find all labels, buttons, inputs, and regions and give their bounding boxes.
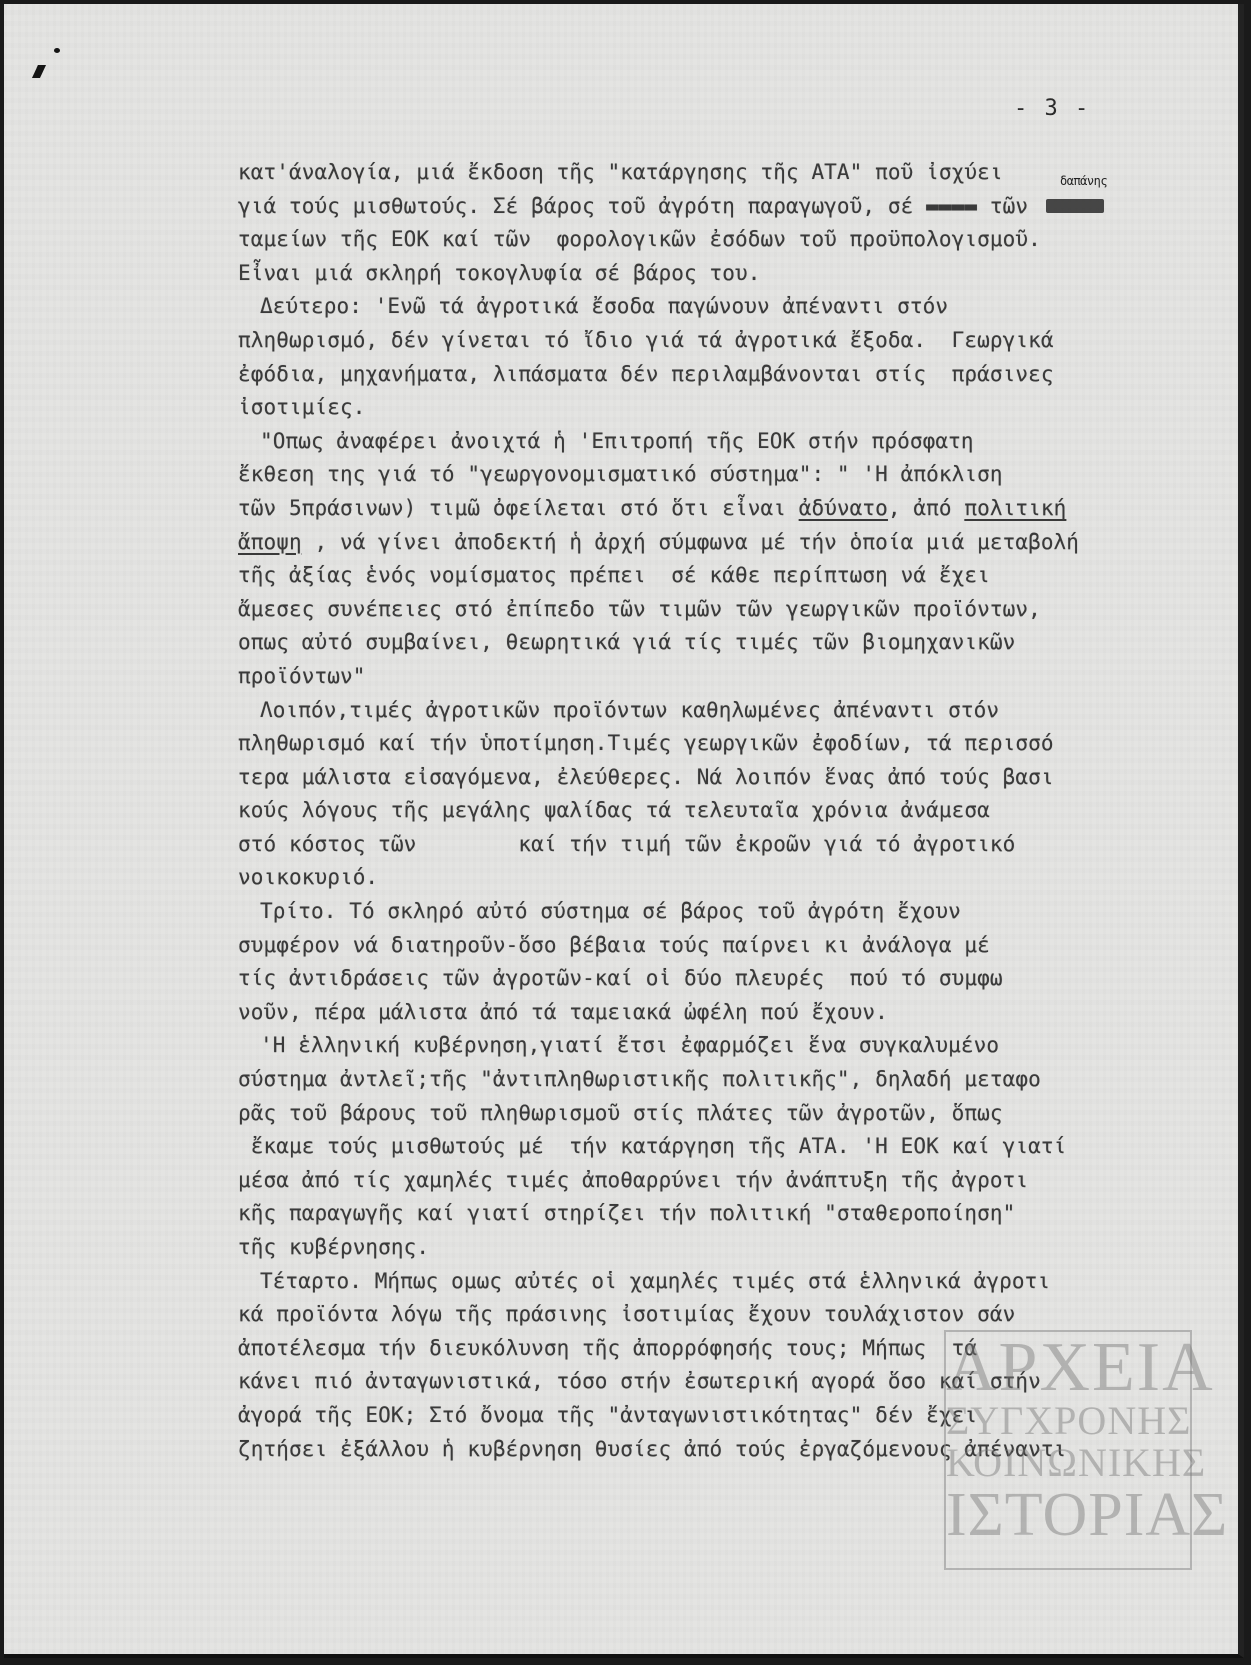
text-line: Λοιπόν,τιμές ἀγροτικῶν προϊόντων καθηλωμ… — [238, 694, 1248, 728]
text-line: στό κόστος τῶν καί τήν τιμή τῶν ἐκροῶν γ… — [238, 828, 1248, 862]
text-line: σύστημα ἀντλεῖ;τῆς "ἀντιπληθωριστικῆς πο… — [238, 1063, 1248, 1097]
text-line: ζητήσει ἐξάλλου ἡ κυβέρνηση θυσίες ἀπό τ… — [238, 1433, 1248, 1467]
text-line: τῆς ἀξίας ἑνός νομίσματος πρέπει σέ κάθε… — [238, 559, 1248, 593]
typewritten-body: κατ'άναλογία, μιά ἔκδοση τῆς "κατάργησης… — [238, 156, 1248, 1466]
text-line: κούς λόγους τῆς μεγάλης ψαλίδας τά τελευ… — [238, 794, 1248, 828]
ink-mark-dot — [54, 48, 60, 53]
text-line: τῆς κυβέρνησης. — [238, 1231, 1248, 1265]
text-line: τῶν 5πράσινων) τιμῶ ὀφείλεται στό ὅτι εἶ… — [238, 492, 1248, 526]
text-line: 'Η ἑλληνική κυβέρνηση,γιατί ἔτσι ἐφαρμόζ… — [238, 1029, 1248, 1063]
scanned-page: - 3 - δαπάνης κατ'άναλογία, μιά ἔκδοση τ… — [4, 4, 1244, 1658]
text-line: κῆς παραγωγῆς καί γιατί στηρίζει τήν πολ… — [238, 1197, 1248, 1231]
text-line: πληθωρισμό καί τήν ὑποτίμηση.Τιμές γεωργ… — [238, 727, 1248, 761]
text-line: Τρίτο. Τό σκληρό αὐτό σύστημα σέ βάρος τ… — [238, 895, 1248, 929]
underlined-word: πολιτική — [964, 496, 1066, 520]
text-line: ρᾶς τοῦ βάρους τοῦ πληθωρισμοῦ στίς πλάτ… — [238, 1097, 1248, 1131]
text-line: Εἶναι μιά σκληρή τοκογλυφία σέ βάρος του… — [238, 257, 1248, 291]
text-line: τίς ἀντιδράσεις τῶν ἀγροτῶν-καί οἱ δύο π… — [238, 962, 1248, 996]
text-line: ταμείων τῆς ΕΟΚ καί τῶν φορολογικῶν ἐσόδ… — [238, 223, 1248, 257]
text-line: ἐφόδια, μηχανήματα, λιπάσματα δέν περιλα… — [238, 358, 1248, 392]
text-line: ἔκθεση της γιά τό "γεωργονομισματικό σύσ… — [238, 458, 1248, 492]
text-line: νοικοκυριό. — [238, 861, 1248, 895]
text-line: νοῦν, πέρα μάλιστα ἀπό τά ταμειακά ὠφέλη… — [238, 996, 1248, 1030]
ink-mark-tick — [32, 65, 46, 78]
text-line: ἀγορά τῆς ΕΟΚ; Στό ὄνομα τῆς "ἀνταγωνιστ… — [238, 1399, 1248, 1433]
text-line: τερα μάλιστα εἰσαγόμενα, ἐλεύθερες. Νά λ… — [238, 761, 1248, 795]
text-line: ἰσοτιμίες. — [238, 391, 1248, 425]
text-line: πληθωρισμό, δέν γίνεται τό ἴδιο γιά τά ἀ… — [238, 324, 1248, 358]
text-line: κά προϊόντα λόγω τῆς πράσινης ἰσοτιμίας … — [238, 1298, 1248, 1332]
text-line: κάνει πιό ἀνταγωνιστικά, τόσο στήν ἐσωτε… — [238, 1365, 1248, 1399]
text-line: ἄμεσες συνέπειες στό ἐπίπεδο τῶν τιμῶν τ… — [238, 593, 1248, 627]
text-line: Δεύτερο: 'Ενῶ τά ἀγροτικά ἔσοδα παγώνουν… — [238, 290, 1248, 324]
underlined-word: ἄποψη — [238, 530, 302, 554]
underlined-word: ἀδύνατο — [799, 496, 888, 520]
watermark-line: ΙΣΤΟΡΙΑΣ — [946, 1484, 1190, 1546]
text-line: ἔκαμε τούς μισθωτούς μέ τήν κατάργηση τῆ… — [238, 1130, 1248, 1164]
text-line: ἄποψη , νά γίνει ἀποδεκτή ἡ ἀρχή σύμφωνα… — [238, 526, 1248, 560]
text-line: προϊόντων" — [238, 660, 1248, 694]
text-line: "Οπως ἀναφέρει ἀνοιχτά ἡ 'Επιτροπή τῆς Ε… — [238, 425, 1248, 459]
text-line: ἀποτέλεσμα τήν διευκόλυνση τῆς ἀπορρόφησ… — [238, 1332, 1248, 1366]
text-line: γιά τούς μισθωτούς. Σέ βάρος τοῦ ἀγρότη … — [238, 190, 1248, 224]
text-line: Τέταρτο. Μήπως ομως αὐτές οἱ χαμηλές τιμ… — [238, 1265, 1248, 1299]
text-line: συμφέρον νά διατηροῦν-ὅσο βέβαια τούς πα… — [238, 929, 1248, 963]
text-line: οπως αὐτό συμβαίνει, θεωρητικά γιά τίς τ… — [238, 626, 1248, 660]
text-line: μέσα ἀπό τίς χαμηλές τιμές ἀποθαρρύνει τ… — [238, 1164, 1248, 1198]
page-number: - 3 - — [1014, 96, 1090, 121]
text-line: κατ'άναλογία, μιά ἔκδοση τῆς "κατάργησης… — [238, 156, 1248, 190]
